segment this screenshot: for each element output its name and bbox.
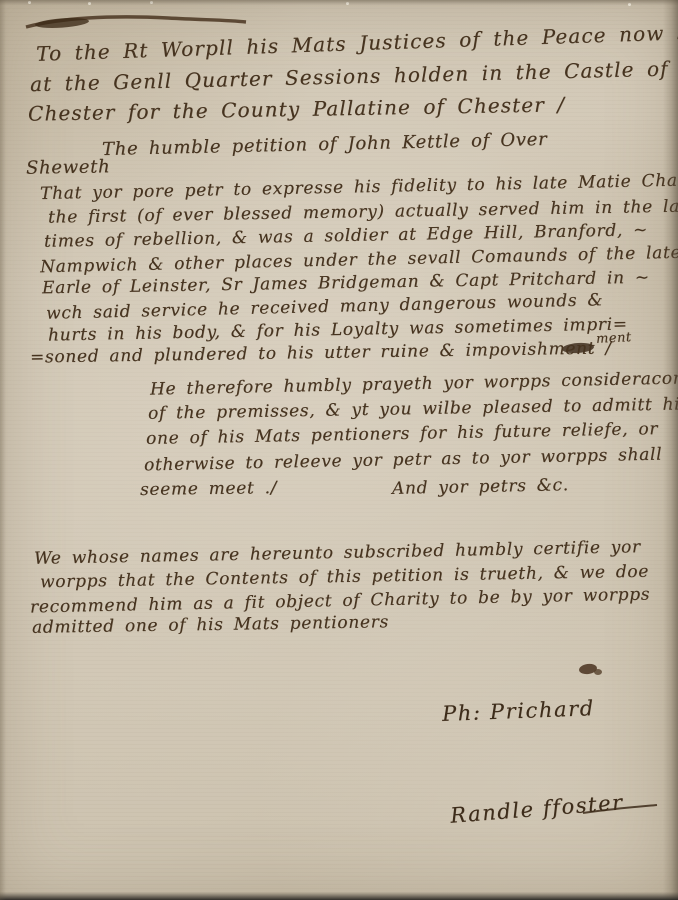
paper-edge-left [0,0,6,900]
paper-edge-bottom [0,892,678,900]
manuscript-page: To the Rt Worpll his Mats Justices of th… [0,0,678,900]
paper-edge-top [0,0,678,5]
prayer-line-5: seeme meet ./ [140,478,277,500]
prayer-closing: And yor petrs &c. [392,475,569,499]
paper-edge-right [663,0,678,900]
sheweth-label: Sheweth [26,156,111,178]
correction-annotation: ment [596,330,632,347]
